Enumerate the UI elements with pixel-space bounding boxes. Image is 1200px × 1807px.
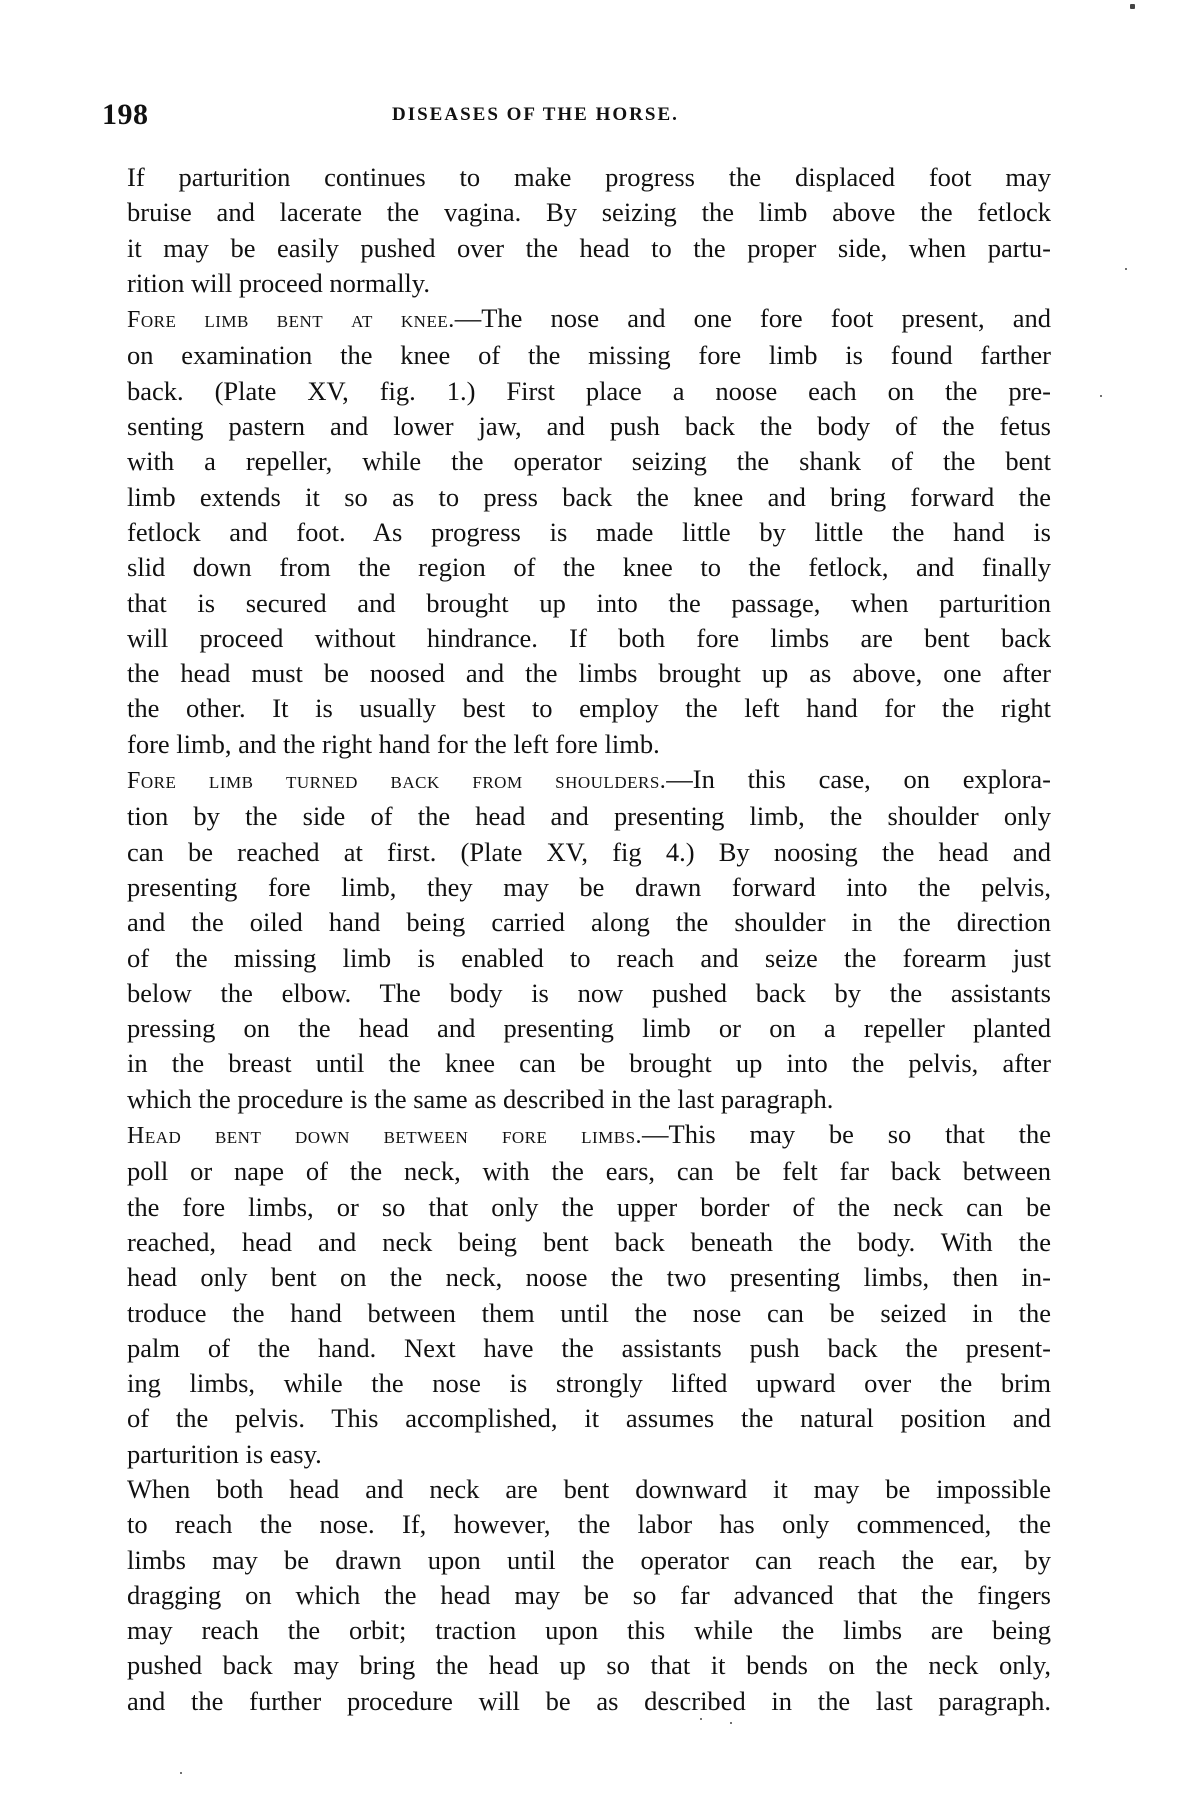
paragraph-fore-limb-turned-back: Fore limb turned back from shoulders.—In… — [103, 762, 1051, 1117]
section-heading: Fore limb turned back from shoulders. — [127, 768, 666, 794]
text-line: presenting fore limb, they may be drawn … — [103, 870, 1051, 905]
scan-speck — [1130, 4, 1135, 9]
scan-speck — [1125, 268, 1127, 270]
text-line: head only bent on the neck, noose the tw… — [103, 1260, 1051, 1295]
text-line: to reach the nose. If, however, the labo… — [103, 1507, 1051, 1542]
text-line: the head must be noosed and the limbs br… — [103, 656, 1051, 691]
paragraph-head-and-neck-bent: When both head and neck are bent downwar… — [103, 1472, 1051, 1719]
text-line: rition will proceed normally. — [103, 266, 1051, 301]
text-line: reached, head and neck being bent back b… — [103, 1225, 1051, 1260]
paragraph-displaced-foot: If parturition continues to make progres… — [103, 160, 1051, 301]
text-line: of the pelvis. This accomplished, it ass… — [103, 1401, 1051, 1436]
text-line: on examination the knee of the missing f… — [103, 338, 1051, 373]
text-line: fetlock and foot. As progress is made li… — [103, 515, 1051, 550]
text-line: and the oiled hand being carried along t… — [103, 905, 1051, 940]
text-line: limbs may be drawn upon until the operat… — [103, 1543, 1051, 1578]
text-line: in the breast until the knee can be brou… — [103, 1046, 1051, 1081]
text-line: back. (Plate XV, fig. 1.) First place a … — [103, 374, 1051, 409]
text-line: tion by the side of the head and present… — [103, 799, 1051, 834]
text-line: it may be easily pushed over the head to… — [103, 231, 1051, 266]
text-line: with a repeller, while the operator seiz… — [103, 444, 1051, 479]
text-run: —The nose and one fore foot present, and — [455, 303, 1051, 333]
text-line: the other. It is usually best to employ … — [103, 691, 1051, 726]
text-line: slid down from the region of the knee to… — [103, 550, 1051, 585]
text-line: Head bent down between fore limbs.—This … — [103, 1117, 1051, 1154]
text-line: limb extends it so as to press back the … — [103, 480, 1051, 515]
text-line: poll or nape of the neck, with the ears,… — [103, 1154, 1051, 1189]
page-number: 198 — [102, 98, 149, 132]
text-line: below the elbow. The body is now pushed … — [103, 976, 1051, 1011]
text-line: If parturition continues to make progres… — [103, 160, 1051, 195]
section-heading: Head bent down between fore limbs. — [127, 1123, 642, 1149]
running-title: DISEASES OF THE HORSE. — [392, 104, 679, 126]
text-line: Fore limb bent at knee.—The nose and one… — [103, 301, 1051, 338]
text-line: parturition is easy. — [103, 1437, 1051, 1472]
text-run: —In this case, on explora- — [666, 764, 1051, 794]
text-line: will proceed without hindrance. If both … — [103, 621, 1051, 656]
text-run: —This may be so that the — [642, 1119, 1051, 1149]
text-line: may reach the orbit; traction upon this … — [103, 1613, 1051, 1648]
text-line: can be reached at first. (Plate XV, fig … — [103, 835, 1051, 870]
text-line: bruise and lacerate the vagina. By seizi… — [103, 195, 1051, 230]
text-line: fore limb, and the right hand for the le… — [103, 727, 1051, 762]
text-line: ing limbs, while the nose is strongly li… — [103, 1366, 1051, 1401]
text-line: When both head and neck are bent downwar… — [103, 1472, 1051, 1507]
text-line: the fore limbs, or so that only the uppe… — [103, 1190, 1051, 1225]
scan-speck — [700, 1718, 702, 1720]
paragraph-head-bent-down: Head bent down between fore limbs.—This … — [103, 1117, 1051, 1472]
text-line: dragging on which the head may be so far… — [103, 1578, 1051, 1613]
scan-speck — [180, 1772, 182, 1774]
section-heading: Fore limb bent at knee. — [127, 307, 455, 333]
paragraph-fore-limb-bent-at-knee: Fore limb bent at knee.—The nose and one… — [103, 301, 1051, 762]
text-line: troduce the hand between them until the … — [103, 1296, 1051, 1331]
scan-speck — [730, 1722, 732, 1724]
text-line: pressing on the head and presenting limb… — [103, 1011, 1051, 1046]
text-line: palm of the hand. Next have the assistan… — [103, 1331, 1051, 1366]
body-text: If parturition continues to make progres… — [103, 160, 1051, 1719]
text-line: senting pastern and lower jaw, and push … — [103, 409, 1051, 444]
text-line: Fore limb turned back from shoulders.—In… — [103, 762, 1051, 799]
text-line: pushed back may bring the head up so tha… — [103, 1648, 1051, 1683]
text-line: that is secured and brought up into the … — [103, 586, 1051, 621]
text-line: and the further procedure will be as des… — [103, 1684, 1051, 1719]
text-line: of the missing limb is enabled to reach … — [103, 941, 1051, 976]
scan-speck — [1100, 395, 1102, 397]
text-line: which the procedure is the same as descr… — [103, 1082, 1051, 1117]
